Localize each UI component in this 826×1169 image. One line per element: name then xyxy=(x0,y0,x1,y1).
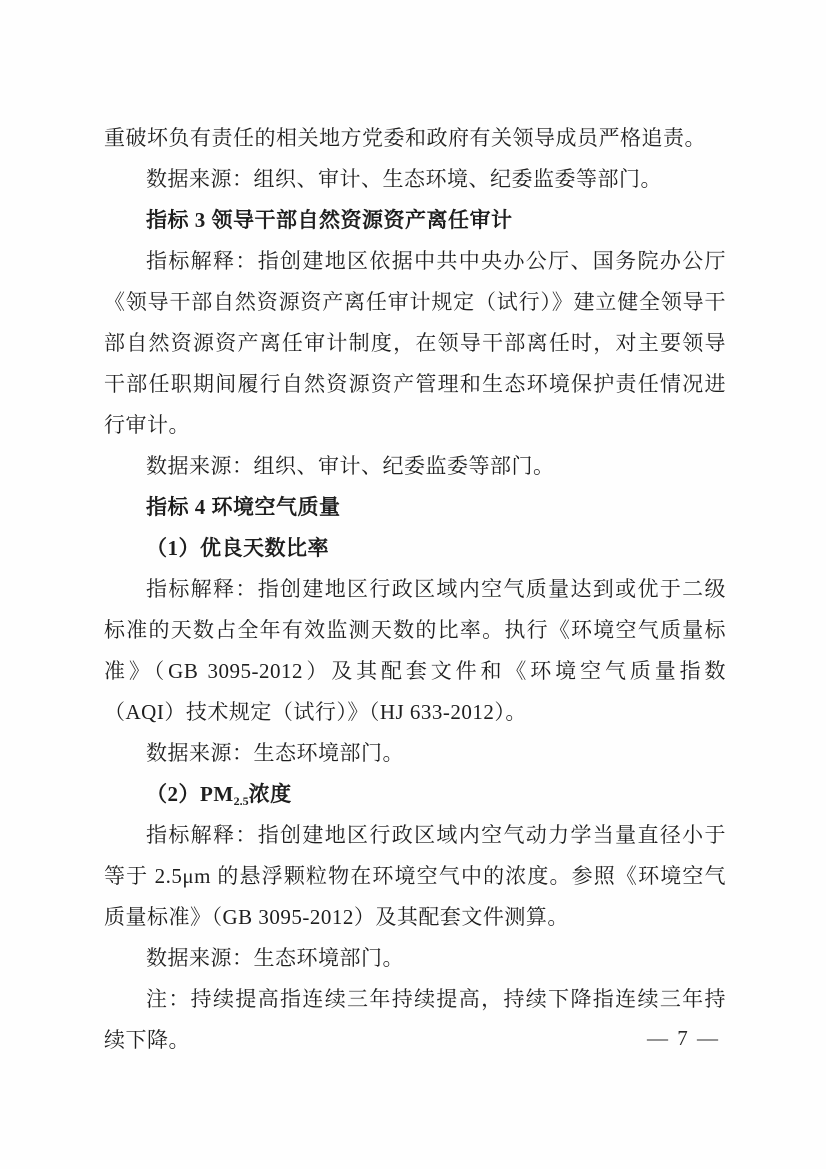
sub2-heading-suffix: 浓度 xyxy=(249,782,292,806)
indicator3-heading: 指标 3 领导干部自然资源资产离任审计 xyxy=(104,200,726,241)
data-source-indicator3: 数据来源：组织、审计、纪委监委等部门。 xyxy=(104,446,726,487)
sub2-explanation: 指标解释：指创建地区行政区域内空气动力学当量直径小于等于 2.5μm 的悬浮颗粒… xyxy=(104,815,726,938)
sub1-explanation: 指标解释：指创建地区行政区域内空气质量达到或优于二级标准的天数占全年有效监测天数… xyxy=(104,569,726,733)
data-source-sub1: 数据来源：生态环境部门。 xyxy=(104,733,726,774)
data-source-sub2: 数据来源：生态环境部门。 xyxy=(104,938,726,979)
data-source-indicator2: 数据来源：组织、审计、生态环境、纪委监委等部门。 xyxy=(104,159,726,200)
paragraph-continuation: 重破坏负有责任的相关地方党委和政府有关领导成员严格追责。 xyxy=(104,118,726,159)
note-paragraph: 注：持续提高指连续三年持续提高，持续下降指连续三年持续下降。 xyxy=(104,979,726,1061)
indicator3-explanation: 指标解释：指创建地区依据中共中央办公厅、国务院办公厅《领导干部自然资源资产离任审… xyxy=(104,241,726,446)
sub1-heading-excellent-days-ratio: （1）优良天数比率 xyxy=(104,528,726,569)
document-body: 重破坏负有责任的相关地方党委和政府有关领导成员严格追责。 数据来源：组织、审计、… xyxy=(104,118,726,1061)
sub2-heading-prefix: （2）PM xyxy=(146,782,234,806)
indicator4-heading: 指标 4 环境空气质量 xyxy=(104,487,726,528)
sub2-heading-pm25-concentration: （2）PM2.5浓度 xyxy=(104,774,726,815)
sub2-heading-subscript: 2.5 xyxy=(234,794,249,808)
document-page: 重破坏负有责任的相关地方党委和政府有关领导成员严格追责。 数据来源：组织、审计、… xyxy=(0,0,826,1169)
page-number: — 7 — xyxy=(647,1026,720,1051)
